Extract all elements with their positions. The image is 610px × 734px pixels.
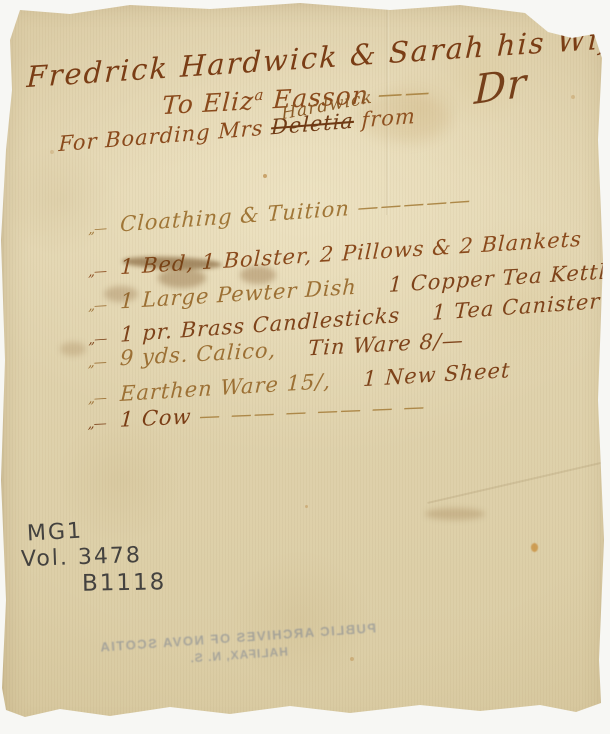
manuscript-paper: Fredrick Hardwick & Sarah his Wife To El… xyxy=(0,0,610,734)
horizontal-fold-crease xyxy=(0,0,610,3)
paper-edge-shading xyxy=(0,0,610,734)
scanned-document-page: Fredrick Hardwick & Sarah his Wife To El… xyxy=(0,0,610,734)
horizontal-fold-crease xyxy=(0,0,610,3)
